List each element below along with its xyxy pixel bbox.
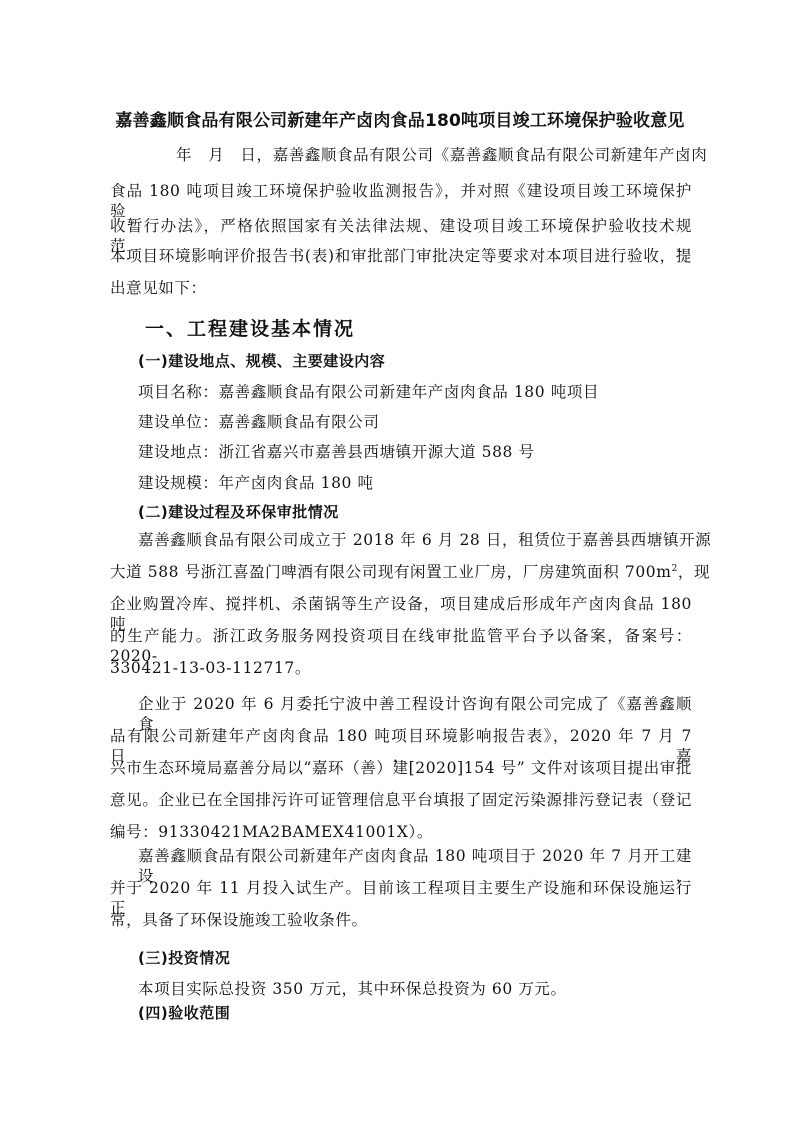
text-span: 大道 588 号浙江喜盈门啤酒有限公司现有闲置工业厂房，厂房建筑面积 700m	[110, 563, 672, 581]
document-title: 嘉善鑫顺食品有限公司新建年产卤肉食品180吨项目竣工环境保护验收意见	[100, 106, 700, 131]
subsection-heading: (二)建设过程及环保审批情况	[138, 501, 339, 522]
document-page: 嘉善鑫顺食品有限公司新建年产卤肉食品180吨项目竣工环境保护验收意见 年 月 日…	[0, 0, 800, 1131]
paragraph-line: 兴市生态环境局嘉善分局以“嘉环（善）建[2020]154 号” 文件对该项目提出…	[110, 758, 692, 778]
text-span: ，现	[678, 563, 710, 581]
location-item: 建设地点：浙江省嘉兴市嘉善县西塘镇开源大道 588 号	[138, 440, 535, 462]
builder-item: 建设单位：嘉善鑫顺食品有限公司	[138, 410, 380, 432]
intro-line: 出意见如下：	[110, 278, 692, 298]
subsection-heading: (四)验收范围	[138, 1002, 230, 1023]
project-name-item: 项目名称：嘉善鑫顺食品有限公司新建年产卤肉食品 180 吨项目	[138, 380, 599, 402]
section-heading: 一、工程建设基本情况	[145, 314, 355, 341]
scale-item: 建设规模：年产卤肉食品 180 吨	[138, 471, 374, 493]
intro-line: 年 月 日，嘉善鑫顺食品有限公司《嘉善鑫顺食品有限公司新建年产卤肉	[176, 145, 692, 165]
paragraph-line: 编号：91330421MA2BAMEX41001X）。	[110, 822, 692, 842]
paragraph-line: 330421-13-03-112717。	[110, 658, 692, 678]
paragraph-line: 常，具备了环保设施竣工验收条件。	[110, 910, 692, 930]
intro-line: 食品 180 吨项目竣工环境保护验收监测报告》，并对照《建设项目竣工环境保护验	[110, 181, 692, 221]
investment-text: 本项目实际总投资 350 万元，其中环保总投资为 60 万元。	[138, 977, 567, 999]
paragraph-line: 大道 588 号浙江喜盈门啤酒有限公司现有闲置工业厂房，厂房建筑面积 700m2…	[110, 562, 692, 582]
intro-line: 本项目环境影响评价报告书(表)和审批部门审批决定等要求对本项目进行验收，提	[110, 246, 692, 266]
paragraph-line: 嘉善鑫顺食品有限公司成立于 2018 年 6 月 28 日，租赁位于嘉善县西塘镇…	[138, 530, 692, 550]
paragraph-line: 意见。企业已在全国排污许可证管理信息平台填报了固定污染源排污登记表（登记	[110, 790, 692, 810]
subsection-heading: (一)建设地点、规模、主要建设内容	[138, 350, 385, 371]
subsection-heading: (三)投资情况	[138, 947, 230, 968]
